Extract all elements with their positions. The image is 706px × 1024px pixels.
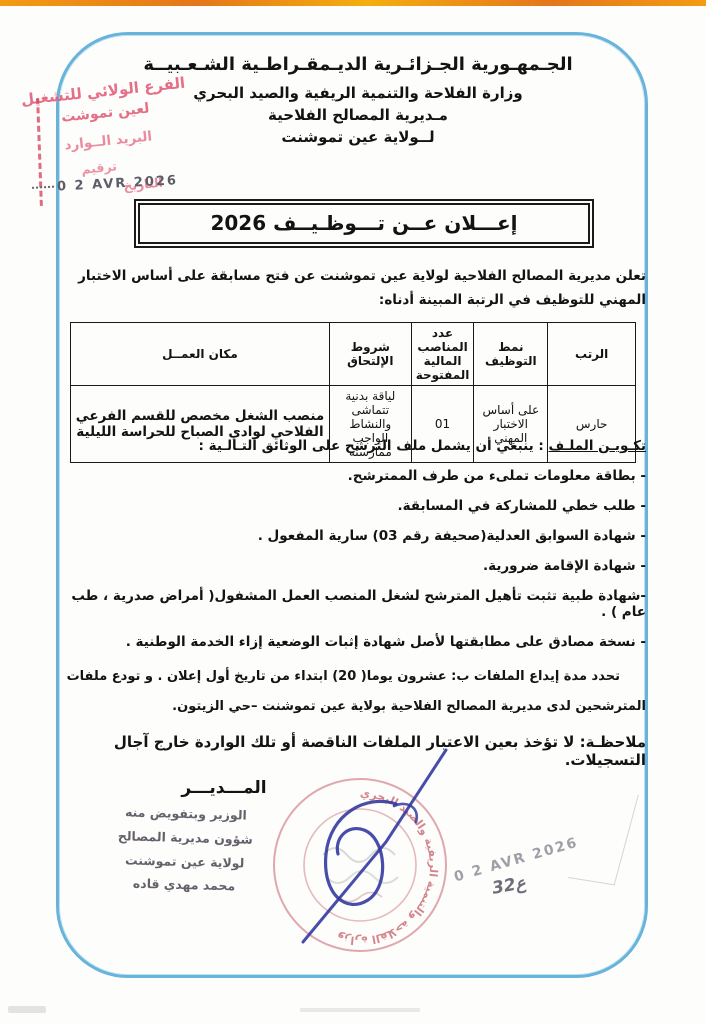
file-composition-section: تكـويـن الملـف : ينبغي أن يشمل ملف الترش… (60, 438, 646, 650)
file-heading-rest: : ينبغي أن يشمل ملف الترشح على الوثائق ا… (199, 438, 549, 454)
header-work-place: مكان العمــل (71, 323, 330, 386)
announcement-title-box: إعـــلان عــن تـــوظـيــف 2026 (134, 199, 594, 248)
header-recruitment-mode: نمط التوظيف (474, 323, 548, 386)
deadline-duration: عشرون يوما( 20) (332, 669, 446, 684)
delegation-stamp-text: الوزير وبتفويض منه شؤون مديرية المصالح ل… (75, 799, 295, 900)
announcement-intro: تعلن مديرية المصالح الفلاحية لولاية عين … (60, 264, 646, 313)
header-conditions: شروط الإلتحاق (329, 323, 411, 386)
document-list-item: - بطاقة معلومات تملىء من طرف الممترشح. (60, 468, 646, 484)
deadline-paragraph: تحدد مدة إيداع الملفات ب: عشرون يوما( 20… (60, 662, 646, 722)
handwritten-signature (268, 742, 493, 957)
announcement-title: إعـــلان عــن تـــوظـيــف 2026 (138, 203, 590, 244)
document-list-item: - طلب خطي للمشاركة في المسابقة. (60, 498, 646, 514)
scan-artifact (300, 1008, 420, 1012)
table-header-row: الرتب نمط التوظيف عدد المناصب المالية ال… (71, 323, 636, 386)
scan-artifact (8, 1006, 46, 1013)
document-list-item: -شهادة طبية تثبت تأهيل المترشح لشغل المن… (60, 588, 646, 620)
file-heading-underlined: تكـويـن الملـف (549, 438, 646, 454)
file-section-heading: تكـويـن الملـف : ينبغي أن يشمل ملف الترش… (60, 438, 646, 454)
header-open-positions: عدد المناصب المالية المفتوحة (411, 323, 474, 386)
document-list-item: - شهادة السوابق العدلية(صحيفة رقم 03) سا… (60, 528, 646, 544)
scan-top-orange-strip (0, 0, 706, 6)
document-list-item: - نسخة مصادق على مطابقتها لأصل شهادة إثب… (60, 634, 646, 650)
dotted-line (32, 186, 54, 189)
scanned-document-page: الجـمهـورية الجـزائـرية الديـمقـراطـية ا… (0, 0, 706, 1024)
header-rank: الرتب (548, 323, 636, 386)
document-list-item: - شهادة الإقامة ضرورية. (60, 558, 646, 574)
deadline-part1: تحدد مدة إيداع الملفات ب: (447, 669, 620, 684)
